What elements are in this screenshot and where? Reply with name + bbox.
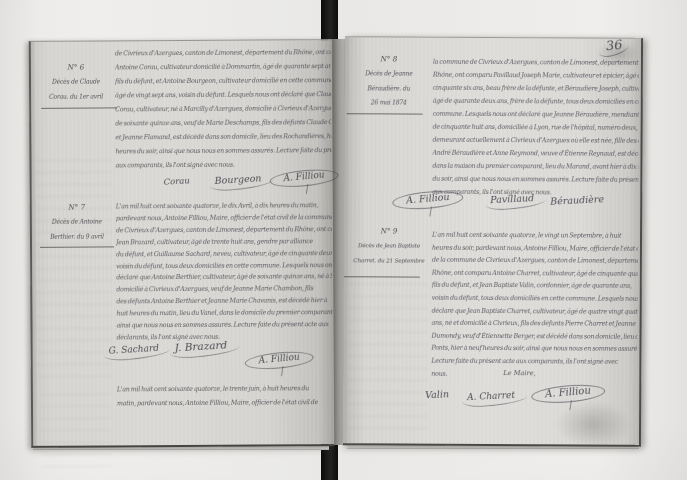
- handwriting-line: déclaré que Jean Baptiste Charret, culti…: [432, 305, 638, 319]
- margin-rule: [40, 246, 114, 247]
- handwriting-line: dans la maison du premier comparant, lie…: [432, 160, 638, 174]
- signature-declarant: Valin: [425, 389, 449, 401]
- right-page: 36 N° 8 Décès de Jeanne Béraudière. du 2…: [343, 36, 643, 447]
- margin-note-line: Décès de Jean Baptiste: [346, 239, 432, 254]
- handwriting-line: commune. Lesquels nous ont déclaré que J…: [433, 108, 639, 122]
- handwriting-line: demeurant actuellement à Civrieux d'Azer…: [432, 134, 638, 148]
- mayor-signature-oval: A. Filliou: [244, 349, 314, 371]
- bleedthrough-ghost: [41, 393, 112, 477]
- margin-rule: [344, 276, 420, 277]
- record-number: N° 6: [37, 59, 115, 75]
- bleedthrough-ghost: [35, 159, 112, 384]
- margin-note-line: Charret. du 21 Septembre: [346, 254, 432, 269]
- handwriting-line: âgé de quarante deux ans, frère de la dé…: [433, 95, 639, 109]
- mayor-signature-oval: A. Filliou: [392, 189, 465, 212]
- handwriting-line: André Béraudière et Anne Reymond, veuve …: [432, 147, 638, 161]
- record-number: N° 8: [349, 51, 429, 67]
- handwriting-line: matin, pardevant nous, Antoine Filliou, …: [117, 396, 333, 411]
- handwriting-line: voisin du défunt, tous deux domiciliés e…: [432, 293, 638, 307]
- margin-note-n6: N° 6 Décès de Claude Corau. du 1er avril: [37, 59, 115, 104]
- bleedthrough-ghost: [347, 283, 428, 433]
- handwriting-line: ans, né et domicilié à Civrieux, fils de…: [432, 318, 638, 332]
- record-number: N° 7: [38, 199, 116, 215]
- margin-note-line: Béraudière. du: [349, 82, 429, 97]
- handwriting-line: fils du défunt, et Antoine Bourgeon, cul…: [115, 74, 331, 89]
- margin-note-n9: N° 9 Décès de Jean Baptiste Charret. du …: [346, 223, 432, 268]
- signature-declarant: Corau: [163, 176, 190, 188]
- record-body-n9: L'an mil huit cent soixante quatorze, le…: [431, 230, 638, 382]
- signature-declarant: Béraudière: [550, 194, 604, 208]
- handwriting-line: cinquante six ans, beau frère de la défu…: [433, 82, 639, 96]
- page-stain: [555, 400, 631, 448]
- signature-declarant: J. Brazard: [174, 339, 227, 354]
- margin-note-line: Décès de Antoine: [38, 215, 116, 230]
- handwriting-line: Rhône, ont comparu Antoine Charret, cult…: [432, 267, 638, 281]
- margin-note-line: Décès de Claude: [37, 75, 115, 90]
- margin-note-line: Corau. du 1er avril: [37, 90, 115, 105]
- handwriting-line: et Jeanne Flamand, est décédé dans son d…: [115, 130, 331, 145]
- folio-number: 36: [606, 38, 624, 55]
- signature-declarant: A. Charret: [467, 391, 515, 403]
- handwriting-line: Dumondy, veuf d'Étiennette Berger, est d…: [431, 330, 637, 344]
- record-body-n6: de Civrieux d'Azergues, canton de Limone…: [115, 46, 332, 173]
- margin-note-line: Berthier. du 9 avril: [38, 230, 116, 245]
- record-number: N° 9: [346, 223, 432, 239]
- handwriting-line: Ponts, hier à neuf heures du soir, ainsi…: [431, 343, 637, 357]
- margin-rule: [347, 113, 423, 114]
- handwriting-line: Rhône, ont comparu Pavillaud Joseph Mari…: [433, 69, 639, 83]
- closing-le-maire: Le Maire,: [503, 369, 535, 377]
- handwriting-line: Corau, cultivateur, né à Marcilly d'Azer…: [115, 102, 331, 117]
- handwriting-line: de cinquante huit ans, domiciliée à Lyon…: [433, 121, 639, 135]
- handwriting-line: Lecture faite du présent acte aux compar…: [431, 356, 637, 370]
- handwriting-line: L'an mil huit cent soixante quatorze, le…: [117, 382, 333, 397]
- margin-note-n8: N° 8 Décès de Jeanne Béraudière. du 26 m…: [349, 51, 429, 111]
- mayor-signature-oval: A. Filliou: [531, 382, 606, 405]
- record-body-start: L'an mil huit cent soixante quatorze, le…: [117, 382, 333, 411]
- record-body-n7: L'an mil huit cent soixante quatorze, le…: [116, 200, 333, 344]
- handwriting-line: heures du soir, ainsi que nous nous en s…: [115, 144, 331, 159]
- margin-note-n7: N° 7 Décès de Antoine Berthier. du 9 avr…: [38, 199, 116, 244]
- handwriting-line: heures du soir, pardevant nous, Antoine …: [432, 242, 638, 256]
- scanned-register-spread: N° 6 Décès de Claude Corau. du 1er avril…: [0, 0, 687, 480]
- handwriting-line: de soixante quinze ans, veuf de Marie De…: [115, 116, 331, 131]
- left-page: N° 6 Décès de Claude Corau. du 1er avril…: [29, 39, 334, 448]
- handwriting-line: L'an mil huit cent soixante quatorze, le…: [432, 230, 638, 244]
- margin-rule: [41, 107, 117, 108]
- record-body-n8: la commune de Civrieux d'Azergues, canto…: [432, 56, 639, 200]
- handwriting-line: fils du défunt, et Jean Baptiste Valin, …: [432, 280, 638, 294]
- signature-declarant: Bourgeon: [214, 173, 261, 187]
- handwriting-line: de Civrieux d'Azergues, canton de Limone…: [115, 46, 331, 61]
- margin-note-line: 26 mai 1874: [349, 96, 429, 111]
- handwriting-line: la commune de Civrieux d'Azergues, canto…: [433, 56, 639, 70]
- signature-declarant: G. Sachard: [108, 344, 159, 357]
- handwriting-line: Antoine Corau, cultivateur domicilié à D…: [115, 60, 331, 75]
- handwriting-line: du soir, ainsi que nous nous en sommes a…: [432, 173, 638, 187]
- margin-note-line: Décès de Jeanne: [349, 67, 429, 82]
- handwriting-line: âgé de vingt sept ans, voisin du défunt.…: [115, 88, 331, 103]
- signature-declarant: Pavillaud: [490, 193, 534, 206]
- handwriting-line: de la commune de Civrieux d'Azergues, ca…: [432, 255, 638, 269]
